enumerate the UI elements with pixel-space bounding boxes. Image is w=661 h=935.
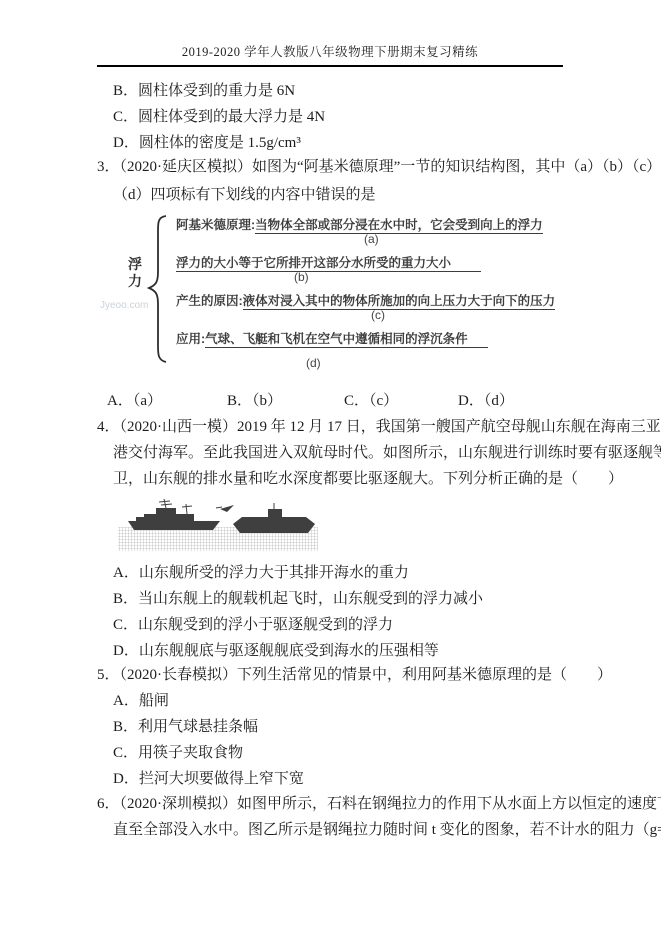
- q3-options-row: A．（a） B．（b） C．（c） D．（d）: [0, 389, 661, 407]
- jyeoo-watermark: Jyeoo.com: [100, 300, 148, 311]
- item-c-underlined-text: 液体对浸入其中的物体所施加的向上压力大于向下的压力: [243, 294, 556, 310]
- q3-knowledge-structure-diagram: 浮 力 阿基米德原理:当物体全部或部分浸在水中时，它会受到向上的浮力 (a) 浮…: [0, 212, 600, 384]
- q3-option-d: D．（d）: [458, 389, 514, 410]
- q5-options: A．船闸 B．利用气球悬挂条幅 C．用筷子夹取食物 D．拦河大坝要做得上窄下宽: [113, 688, 304, 792]
- q4-options: A．山东舰所受的浮力大于其排开海水的重力 B．当山东舰上的舰载机起飞时，山东舰受…: [113, 560, 483, 664]
- q4-option-c: C．山东舰受到的浮小于驱逐舰受到的浮力: [113, 612, 483, 638]
- subject-char-2: 力: [126, 273, 144, 290]
- q6-stem: 6．（2020·深圳模拟）如图甲所示，石料在钢绳拉力的作用下从水面上方以恒定的速…: [97, 791, 661, 843]
- q3-option-b: B．（b）: [227, 389, 282, 410]
- subject-char-1: 浮: [126, 256, 144, 273]
- diagram-items: 阿基米德原理:当物体全部或部分浸在水中时，它会受到向上的浮力 (a) 浮力的大小…: [176, 218, 586, 380]
- item-a-underlined-text: 当物体全部或部分浸在水中时，它会受到向上的浮力: [255, 218, 543, 234]
- q5-option-a: A．船闸: [113, 688, 304, 714]
- q2-options: B．圆柱体受到的重力是 6N C．圆柱体受到的最大浮力是 4N D．圆柱体的密度…: [113, 78, 325, 156]
- diagram-item-c: 产生的原因:液体对浸入其中的物体所施加的向上压力大于向下的压力 (c): [176, 294, 586, 322]
- q4-stem-line-3: 卫，山东舰的排水量和吃水深度都要比驱逐舰大。下列分析正确的是（ ）: [97, 466, 661, 492]
- q4-option-a: A．山东舰所受的浮力大于其排开海水的重力: [113, 560, 483, 586]
- q4-option-b: B．当山东舰上的舰载机起飞时，山东舰受到的浮力减小: [113, 586, 483, 612]
- diagram-item-a: 阿基米德原理:当物体全部或部分浸在水中时，它会受到向上的浮力 (a): [176, 218, 586, 246]
- q5-option-c: C．用筷子夹取食物: [113, 740, 304, 766]
- ships-figure-image: [116, 497, 322, 559]
- item-a-prefix: 阿基米德原理:: [176, 218, 255, 232]
- item-d-underlined-text: 气球、飞艇和飞机在空气中遵循相同的浮沉条件: [205, 332, 488, 348]
- exam-document-page: 2019-2020 学年人教版八年级物理下册期末复习精练 B．圆柱体受到的重力是…: [0, 0, 661, 935]
- item-b-tag: (b): [176, 270, 586, 284]
- buoyancy-subject-label: 浮 力: [126, 256, 144, 290]
- q4-stem-line-1: 4．（2020·山西一模）2019 年 12 月 17 日，我国第一艘国产航空母…: [97, 414, 661, 440]
- item-d-tag: (d): [176, 356, 586, 370]
- item-c-tag: (c): [176, 308, 586, 322]
- q2-option-c: C．圆柱体受到的最大浮力是 4N: [113, 104, 325, 130]
- q4-option-d: D．山东舰舰底与驱逐舰舰底受到海水的压强相等: [113, 638, 483, 664]
- item-a-tag: (a): [176, 232, 586, 246]
- q5-option-d: D．拦河大坝要做得上窄下宽: [113, 766, 304, 792]
- destroyer-illustration: [128, 499, 220, 530]
- q3-stem-line-2: （d）四项标有下划线的内容中错误的是: [113, 186, 376, 204]
- q2-option-d: D．圆柱体的密度是 1.5g/cm³: [113, 130, 325, 156]
- q5-option-b: B．利用气球悬挂条幅: [113, 714, 304, 740]
- curly-brace-icon: [144, 214, 170, 368]
- q4-stem: 4．（2020·山西一模）2019 年 12 月 17 日，我国第一艘国产航空母…: [97, 414, 661, 492]
- q3-option-a: A．（a）: [107, 389, 162, 410]
- q6-stem-line-2: 直至全部没入水中。图乙所示是钢绳拉力随时间 t 变化的图象，若不计水的阻力（g=: [97, 817, 661, 843]
- q5-stem: 5．（2020·长春模拟）下列生活常见的情景中，利用阿基米德原理的是（ ）: [97, 662, 612, 688]
- item-b-underlined-text: 浮力的大小等于它所排开这部分水所受的重力大小: [176, 256, 481, 272]
- q2-option-b: B．圆柱体受到的重力是 6N: [113, 78, 325, 104]
- q4-stem-line-2: 港交付海军。至此我国进入双航母时代。如图所示，山东舰进行训练时要有驱逐舰等护: [97, 440, 661, 466]
- document-header-title: 2019-2020 学年人教版八年级物理下册期末复习精练: [97, 42, 563, 67]
- q3-option-c: C．（c）: [344, 389, 398, 410]
- item-d-prefix: 应用:: [176, 332, 205, 346]
- item-c-prefix: 产生的原因:: [176, 294, 243, 308]
- q6-stem-line-1: 6．（2020·深圳模拟）如图甲所示，石料在钢绳拉力的作用下从水面上方以恒定的速…: [97, 791, 661, 817]
- diagram-item-b: 浮力的大小等于它所排开这部分水所受的重力大小 (b): [176, 256, 586, 284]
- q3-stem-line-1: 3．（2020·延庆区模拟）如图为“阿基米德原理”一节的知识结构图，其中（a）（…: [97, 158, 661, 176]
- diagram-item-d: 应用:气球、飞艇和飞机在空气中遵循相同的浮沉条件 (d): [176, 332, 586, 370]
